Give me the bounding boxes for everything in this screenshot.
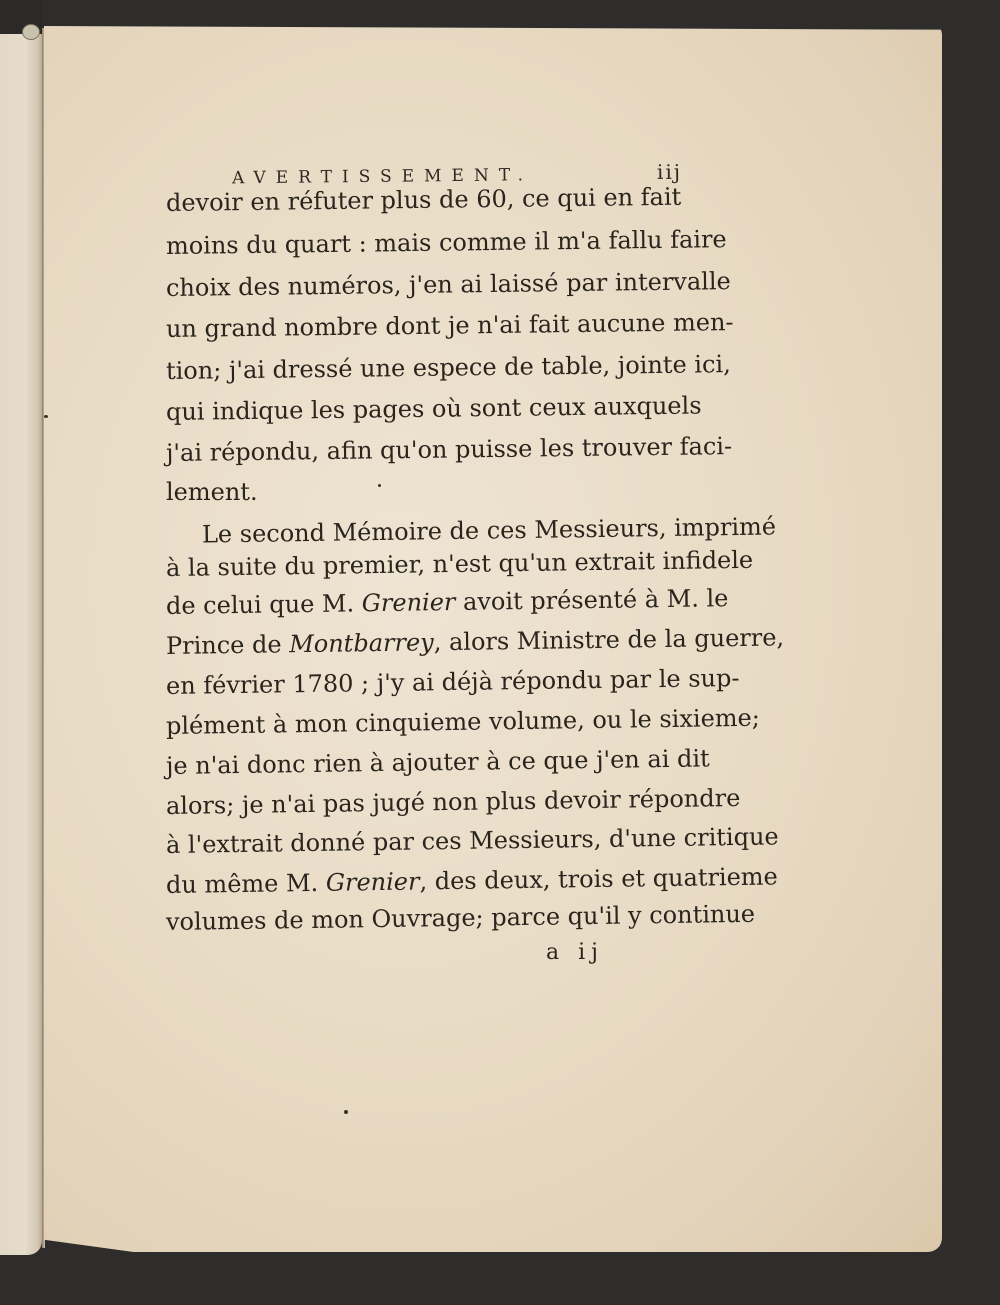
italic-name: Grenier	[326, 867, 420, 896]
page-number: iij	[657, 160, 682, 184]
text-line: j'ai répondu, afin qu'on puisse les trou…	[166, 432, 676, 468]
text-line: devoir en réfuter plus de 60, ce qui en …	[166, 182, 676, 218]
text-line: lement.	[166, 477, 676, 507]
text-line: choix des numéros, j'en ai laissé par in…	[166, 267, 676, 303]
text-line: un grand nombre dont je n'ai fait aucune…	[166, 308, 676, 344]
ink-speck	[44, 415, 48, 418]
facing-page-edge	[0, 30, 42, 1255]
italic-name: Montbarrey	[289, 628, 434, 658]
text-line: qui indique les pages où sont ceux auxqu…	[166, 391, 676, 427]
italic-name: Grenier	[362, 588, 456, 617]
text-line: moins du quart : mais comme il m'a fallu…	[166, 225, 676, 261]
text-line: tion; j'ai dressé une espece de table, j…	[166, 350, 676, 386]
signature-mark: a ij	[546, 940, 604, 965]
ink-speck	[378, 484, 381, 487]
ink-speck	[344, 1110, 348, 1114]
book-clasp	[22, 24, 40, 40]
